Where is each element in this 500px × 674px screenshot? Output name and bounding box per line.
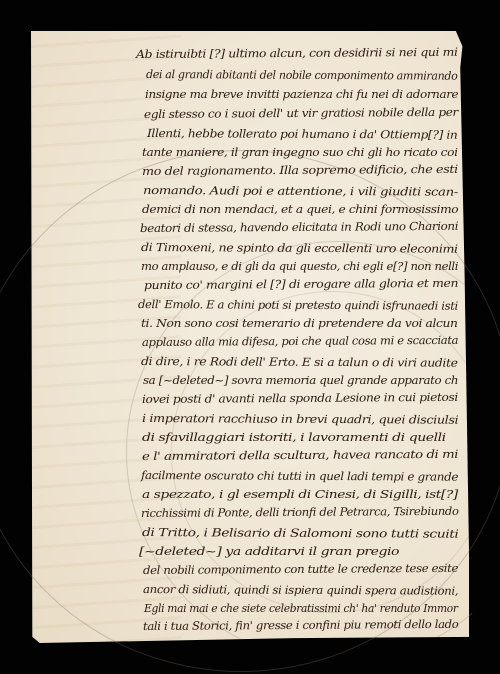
handwritten-text-block: Ab istiruibti [?] ultimo alcun, con desi… — [0, 0, 500, 674]
manuscript-line: egli stesso co i suoi dell' ut vir grati… — [144, 106, 458, 121]
manuscript-line: di Tritto, i Belisario di Salomoni sono … — [142, 526, 458, 541]
manuscript-line: e l' ammiratori della scultura, havea ra… — [142, 448, 458, 463]
manuscript-line: di Timoxeni, ne spinto da gli eccellenti… — [141, 241, 458, 256]
manuscript-line: ancor di sidiuti, quindi si ispiera quin… — [143, 583, 458, 598]
manuscript-line: dei al grandi abitanti del nobile compon… — [146, 68, 458, 83]
manuscript-line: beatori di stessa, havendo elicitata in … — [140, 220, 458, 235]
manuscript-line: iovei posti d' avanti nella sponda Lesio… — [142, 391, 458, 406]
manuscript-line: di sfavillaggiari istoriti, i lavorament… — [142, 431, 446, 444]
manuscript-line: a spezzato, i gl esempli di Cinesi, di S… — [142, 488, 458, 501]
manuscript-line: insigne ma breve invitti pazienza chi fu… — [145, 88, 458, 101]
manuscript-line: i imperatori racchiuso in brevi quadri, … — [142, 412, 458, 427]
manuscript-line: nomando. Audi poi e attentione, i vili g… — [143, 184, 458, 199]
manuscript-line: tante maniere, il gran ingegno suo chi g… — [142, 146, 458, 159]
manuscript-line: di dire, i re Rodi dell' Erto. E si a ta… — [141, 355, 458, 370]
manuscript-line: ricchissimi di Ponte, delli trionfi del … — [141, 505, 459, 520]
manuscript-line: sa [~deleted~] sovra memoria quel grande… — [143, 374, 458, 387]
manuscript-line: facilmente oscurato chi tutti in quel la… — [141, 469, 458, 484]
manuscript-line: dell' Emolo. E a chini poti si pretesto … — [138, 298, 458, 313]
manuscript-line: applauso alla mia difesa, poi che qual c… — [142, 334, 458, 349]
manuscript-line: Egli mai mai e che siete celebratissimi … — [144, 602, 458, 615]
manuscript-line: mo del ragionamento. Illa sopremo edific… — [142, 163, 458, 178]
manuscript-line: tali i tua Storici, fin' gresse i confin… — [143, 618, 458, 633]
manuscript-line: mo amplauso, e di gli da qui questo, chi… — [141, 260, 458, 273]
manuscript-line: ti. Non sono cosi temerario di pretender… — [141, 317, 458, 330]
image-viewer-background: Ab istiruibti [?] ultimo alcun, con desi… — [0, 0, 500, 674]
manuscript-line: [~deleted~] ya additarvi il gran pregio — [139, 545, 399, 558]
manuscript-line: punito co' margini el [?] di erogare all… — [144, 277, 458, 292]
manuscript-line: del nobili componimento con tutte le cre… — [143, 562, 458, 577]
manuscript-line: Ab istiruibti [?] ultimo alcun, con desi… — [136, 46, 458, 61]
manuscript-line: Illenti, hebbe tollerato poi humano i da… — [147, 127, 457, 142]
manuscript-line: demici di non mendaci, et a quei, e chin… — [142, 203, 458, 216]
